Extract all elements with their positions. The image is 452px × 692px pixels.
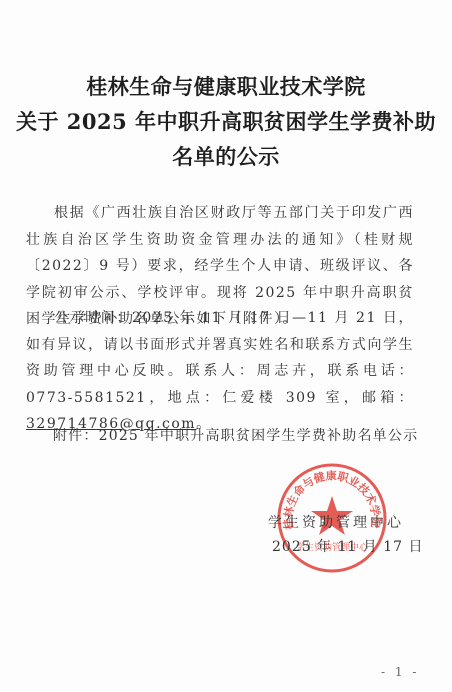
signature-org: 学生资助管理中心 [268,512,404,532]
paragraph-notice-period: 公示时间：2025 年 11 月 17 日—11 月 21 日，如有异议，请以书… [26,305,414,438]
title-line-1: 桂林生命与健康职业技术学院 [0,71,452,101]
page-number: - 1 - [381,665,419,679]
attachment-note: 附件：2025 年中职升高职贫困学生学费补助名单公示 [53,425,418,445]
signature-date: 2025 年 11 月 17 日 [272,536,424,556]
title-line-3: 名单的公示 [0,141,452,171]
notice-text: 公示时间：2025 年 11 月 17 日—11 月 21 日，如有异议，请以书… [26,310,414,406]
title-line-2: 关于 2025 年中职升高职贫困学生学费补助 [0,106,452,136]
